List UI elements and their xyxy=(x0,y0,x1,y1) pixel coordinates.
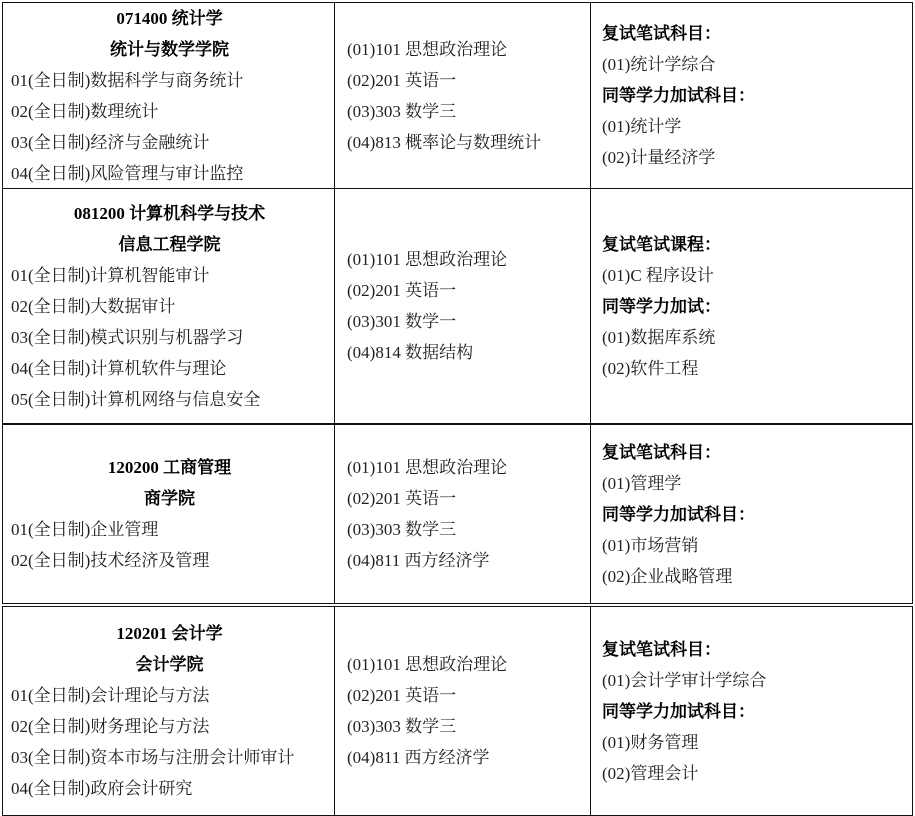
program-cell: 071400 统计学 统计与数学学院 01(全日制)数据科学与商务统计 02(全… xyxy=(3,3,334,188)
retest-line: (01)财务管理 xyxy=(602,727,908,758)
exam-subject-item: (04)811 西方经济学 xyxy=(347,742,584,773)
direction-item: 02(全日制)技术经济及管理 xyxy=(9,545,328,576)
exam-subjects-cell: (01)101 思想政治理论 (02)201 英语一 (03)303 数学三 (… xyxy=(334,425,590,603)
retest-heading: 同等学力加试科目： xyxy=(602,80,908,111)
program-cell: 120200 工商管理 商学院 01(全日制)企业管理 02(全日制)技术经济及… xyxy=(3,425,334,603)
exam-subject-item: (04)813 概率论与数理统计 xyxy=(347,127,584,158)
school-name: 会计学院 xyxy=(9,649,328,680)
retest-line: (01)市场营销 xyxy=(602,530,908,561)
program-code-title: 120200 工商管理 xyxy=(9,452,328,483)
retest-line: (01)会计学审计学综合 xyxy=(602,665,908,696)
retest-cell: 复试笔试科目： (01)统计学综合 同等学力加试科目： (01)统计学 (02)… xyxy=(590,3,914,188)
exam-subject-item: (01)101 思想政治理论 xyxy=(347,34,584,65)
exam-subjects-cell: (01)101 思想政治理论 (02)201 英语一 (03)303 数学三 (… xyxy=(334,3,590,188)
direction-item: 03(全日制)经济与金融统计 xyxy=(9,127,328,158)
retest-heading: 复试笔试科目： xyxy=(602,437,908,468)
exam-subject-item: (02)201 英语一 xyxy=(347,680,584,711)
exam-subject-item: (02)201 英语一 xyxy=(347,65,584,96)
exam-subject-item: (02)201 英语一 xyxy=(347,275,584,306)
direction-item: 04(全日制)计算机软件与理论 xyxy=(9,353,328,384)
retest-line: (02)管理会计 xyxy=(602,758,908,783)
exam-subject-item: (04)814 数据结构 xyxy=(347,337,584,368)
exam-subject-item: (01)101 思想政治理论 xyxy=(347,649,584,680)
retest-heading: 复试笔试科目： xyxy=(602,18,908,49)
exam-subject-item: (03)303 数学三 xyxy=(347,514,584,545)
direction-item: 04(全日制)政府会计研究 xyxy=(9,773,328,782)
program-cell: 081200 计算机科学与技术 信息工程学院 01(全日制)计算机智能审计 02… xyxy=(3,189,334,423)
retest-line: (01)数据库系统 xyxy=(602,322,908,353)
direction-item: 01(全日制)数据科学与商务统计 xyxy=(9,65,328,96)
retest-line: (01)管理学 xyxy=(602,468,908,499)
retest-line: (02)计量经济学 xyxy=(602,142,908,173)
retest-line: (01)C 程序设计 xyxy=(602,260,908,291)
direction-item: 01(全日制)计算机智能审计 xyxy=(9,260,328,291)
program-section-statistics: 071400 统计学 统计与数学学院 01(全日制)数据科学与商务统计 02(全… xyxy=(2,2,913,189)
program-code-title: 081200 计算机科学与技术 xyxy=(9,198,328,229)
retest-heading: 同等学力加试科目： xyxy=(602,499,908,530)
program-section-business-admin: 120200 工商管理 商学院 01(全日制)企业管理 02(全日制)技术经济及… xyxy=(2,424,913,604)
exam-subject-item: (03)301 数学一 xyxy=(347,306,584,337)
retest-heading: 复试笔试科目： xyxy=(602,634,908,665)
exam-subject-item: (03)303 数学三 xyxy=(347,96,584,127)
exam-subjects-cell: (01)101 思想政治理论 (02)201 英语一 (03)303 数学三 (… xyxy=(334,607,590,782)
direction-item: 04(全日制)风险管理与审计监控 xyxy=(9,158,328,189)
exam-subjects-cell: (01)101 思想政治理论 (02)201 英语一 (03)301 数学一 (… xyxy=(334,189,590,423)
direction-item: 03(全日制)模式识别与机器学习 xyxy=(9,322,328,353)
school-name: 商学院 xyxy=(9,483,328,514)
retest-cell: 复试笔试科目： (01)会计学审计学综合 同等学力加试科目： (01)财务管理 … xyxy=(590,607,914,782)
direction-item: 01(全日制)会计理论与方法 xyxy=(9,680,328,711)
exam-subject-item: (03)303 数学三 xyxy=(347,711,584,742)
retest-line: (02)软件工程 xyxy=(602,353,908,384)
exam-subject-item: (02)201 英语一 xyxy=(347,483,584,514)
direction-item: 02(全日制)大数据审计 xyxy=(9,291,328,322)
program-code-title: 120201 会计学 xyxy=(9,618,328,649)
school-name: 信息工程学院 xyxy=(9,229,328,260)
exam-subject-item: (04)811 西方经济学 xyxy=(347,545,584,576)
direction-item: 03(全日制)资本市场与注册会计师审计 xyxy=(9,742,328,773)
retest-heading: 复试笔试课程： xyxy=(602,229,908,260)
direction-item: 05(全日制)计算机网络与信息安全 xyxy=(9,384,328,415)
program-section-computer-science: 081200 计算机科学与技术 信息工程学院 01(全日制)计算机智能审计 02… xyxy=(2,188,913,424)
program-section-accounting: 120201 会计学 会计学院 01(全日制)会计理论与方法 02(全日制)财务… xyxy=(2,606,913,782)
retest-heading: 同等学力加试科目： xyxy=(602,696,908,727)
retest-cell: 复试笔试科目： (01)管理学 同等学力加试科目： (01)市场营销 (02)企… xyxy=(590,425,914,603)
school-name: 统计与数学学院 xyxy=(9,34,328,65)
retest-cell: 复试笔试课程： (01)C 程序设计 同等学力加试： (01)数据库系统 (02… xyxy=(590,189,914,423)
retest-line: (01)统计学 xyxy=(602,111,908,142)
direction-item: 01(全日制)企业管理 xyxy=(9,514,328,545)
program-code-title: 071400 统计学 xyxy=(9,3,328,34)
retest-line: (01)统计学综合 xyxy=(602,49,908,80)
exam-subject-item: (01)101 思想政治理论 xyxy=(347,244,584,275)
exam-subject-item: (01)101 思想政治理论 xyxy=(347,452,584,483)
admission-table: 071400 统计学 统计与数学学院 01(全日制)数据科学与商务统计 02(全… xyxy=(2,2,913,782)
direction-item: 02(全日制)财务理论与方法 xyxy=(9,711,328,742)
retest-line: (02)企业战略管理 xyxy=(602,561,908,592)
retest-heading: 同等学力加试： xyxy=(602,291,908,322)
program-cell: 120201 会计学 会计学院 01(全日制)会计理论与方法 02(全日制)财务… xyxy=(3,607,334,782)
direction-item: 02(全日制)数理统计 xyxy=(9,96,328,127)
